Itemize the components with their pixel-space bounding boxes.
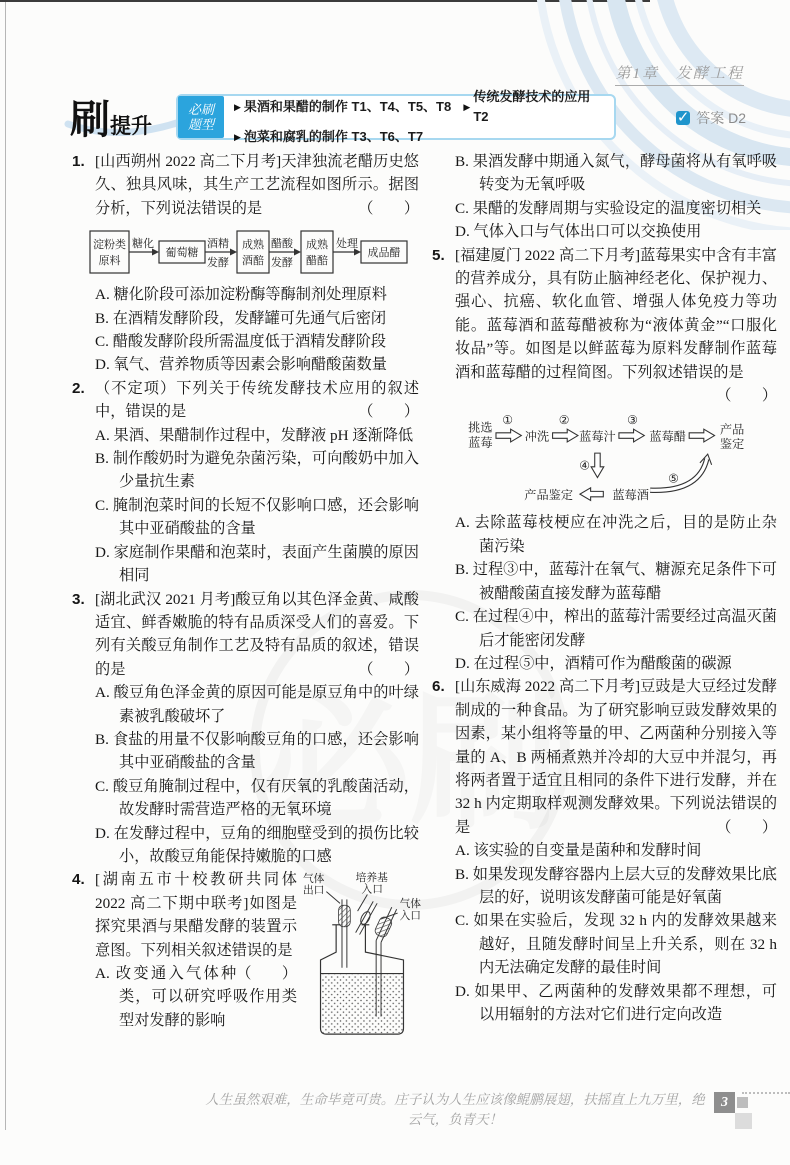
vinegar-process-diagram: 淀粉类 原料 糖化 葡萄糖 酒精 发酵 成熟 酒醅 醋酸 发酵 成熟 醋醅 处理… <box>89 223 419 281</box>
flow-node-label: 葡萄糖 <box>166 245 199 259</box>
svg-text:①: ① <box>502 413 513 427</box>
svg-text:原料: 原料 <box>99 253 121 267</box>
svg-text:③: ③ <box>627 413 638 427</box>
flow-node-label: 挑选 <box>468 420 492 435</box>
option-d: D. 家庭制作果醋和泡菜时，表面产生菌膜的原因相同 <box>95 541 419 588</box>
option-d: D. 如果甲、乙两菌种的发酵效果都不理想，可以用辐射的方法对它们进行定向改造 <box>455 980 777 1027</box>
brand-logo: 刷提升 <box>70 88 175 140</box>
medium-inlet-tube <box>356 902 377 935</box>
question-5: 5. [福建厦门 2022 高二下月考]蓝莓果实中含有丰富的营养成分，具有防止脑… <box>434 244 777 676</box>
answer-bracket: （ ） <box>358 400 419 423</box>
option-b: B. 果酒发酵中期通入氮气，酵母菌将从有氧呼吸转变为无氧呼吸 <box>455 150 777 197</box>
liquid-dots <box>321 975 402 1034</box>
topic-item: ▶果酒和果醋的制作 T1、T4、T5、T8 <box>234 87 463 127</box>
svg-text:挑选: 挑选 <box>468 420 492 435</box>
option-d: D. 气体入口与气体出口可以交换使用 <box>455 220 777 243</box>
topic-item: ▶传统发酵技术的应用 T2 <box>463 87 604 127</box>
cotton-plug <box>339 906 351 927</box>
flow-node-label: 蓝莓酒 <box>612 487 649 502</box>
svg-text:醋醅: 醋醅 <box>306 253 328 267</box>
question-stem: [山西朔州 2022 高二下月考]天津独流老醋历史悠久、独具风味，其生产工艺流程… <box>95 150 419 220</box>
page-number: 3 <box>714 1092 735 1113</box>
question-number: 6. <box>432 675 445 698</box>
svg-text:鉴定: 鉴定 <box>720 437 744 452</box>
svg-text:气体: 气体 <box>303 872 325 885</box>
svg-text:出口: 出口 <box>303 884 324 897</box>
logo-small-text: 提升 <box>110 115 152 138</box>
question-number: 5. <box>432 244 445 267</box>
svg-text:蓝莓酒: 蓝莓酒 <box>612 487 649 502</box>
svg-text:⑤: ⑤ <box>668 472 679 486</box>
flow-node-label: 产品鉴定 <box>524 487 573 502</box>
option-c: C. 醋酸发酵阶段所需温度低于酒精发酵阶段 <box>95 330 419 353</box>
svg-text:酒醅: 酒醅 <box>242 254 264 267</box>
gas-inlet-label: 入口 <box>400 909 421 922</box>
footer-quote: 人生虽然艰难，生命毕竟可贵。庄子认为人生应该像鲲鹏展翅，扶摇直上九万里，绝云气，… <box>200 1088 710 1128</box>
badge-line2: 题型 <box>188 117 214 132</box>
svg-text:入口: 入口 <box>362 883 383 896</box>
stem-text: [福建厦门 2022 高二下月考]蓝莓果实中含有丰富的营养成分，具有防止脑神经老… <box>455 247 777 381</box>
stem-text: [湖南五市十校教研共同体 2022 高二下期中联考]如图是探究果酒与果醋发酵的装… <box>95 871 297 958</box>
flow-node-label: 蓝莓汁 <box>579 429 616 444</box>
right-column: B. 果酒发酵中期通入氮气，酵母菌将从有氧呼吸转变为无氧呼吸 C. 果醋的发酵周… <box>434 150 777 1048</box>
option-a: A. 该实验的自变量是菌种和发酵时间 <box>455 839 777 862</box>
flow-edge-label: 酒精 <box>207 236 229 250</box>
svg-text:发酵: 发酵 <box>271 255 293 269</box>
question-number: 1. <box>72 150 85 173</box>
topic-label: 果酒和果醋的制作 T1、T4、T5、T8 <box>244 97 451 117</box>
gas-outlet-label: 出口 <box>303 884 324 897</box>
badge-line1: 必刷 <box>188 102 214 117</box>
svg-text:成熟: 成熟 <box>242 237 265 251</box>
flow-node-label: 酒醅 <box>242 254 264 267</box>
topic-item: ▶泡菜和腐乳的制作 T3、T6、T7 <box>234 127 604 147</box>
svg-text:淀粉类: 淀粉类 <box>93 237 126 251</box>
cotton-plug <box>374 916 394 939</box>
flow-node-label: 成熟 <box>242 237 265 251</box>
question-3: 3. [湖北武汉 2021 月考]酸豆角以其色泽金黄、咸酸适宜、鲜香嫩脆的特有品… <box>74 588 419 869</box>
svg-text:处理: 处理 <box>336 236 358 250</box>
step-number: ③ <box>627 413 638 427</box>
option-a: A. 糖化阶段可添加淀粉酶等酶制剂处理原料 <box>95 283 419 306</box>
flow-node-label: 鉴定 <box>720 437 744 452</box>
medium-inlet-label: 入口 <box>362 883 383 896</box>
question-stem: [福建厦门 2022 高二下月考]蓝莓果实中含有丰富的营养成分，具有防止脑神经老… <box>455 244 777 384</box>
svg-text:入口: 入口 <box>400 909 421 922</box>
flow-edge-label: 发酵 <box>207 255 229 269</box>
answer-bracket: （ ） <box>716 816 777 839</box>
question-2: 2. （不定项）下列关于传统发酵技术应用的叙述中，错误的是（ ） A. 果酒、果… <box>74 377 419 588</box>
option-b: B. 如果发现发酵容器内上层大豆的发酵效果比底层的好，说明该发酵菌可能是好氧菌 <box>455 863 777 910</box>
flow-node-label: 原料 <box>99 253 121 267</box>
question-4-continued: B. 果酒发酵中期通入氮气，酵母菌将从有氧呼吸转变为无氧呼吸 C. 果醋的发酵周… <box>434 150 777 244</box>
flow-node-label: 淀粉类 <box>93 237 126 251</box>
option-b: B. 制作酸奶时为避免杂菌污染，可向酸奶中加入少量抗生素 <box>95 447 419 494</box>
flow-edge-label: 糖化 <box>132 236 154 250</box>
option-d: D. 在过程⑤中，酒精可作为醋酸菌的碳源 <box>455 652 777 675</box>
answer-bracket: （ ） <box>358 658 419 681</box>
triangle-icon: ▶ <box>463 97 470 117</box>
step-number: ⑤ <box>668 472 679 486</box>
flow-node-label: 蓝莓醋 <box>649 429 686 444</box>
gas-inlet-label: 气体 <box>400 898 422 911</box>
must-practice-badge: 必刷 题型 <box>178 96 224 138</box>
svg-text:蓝莓: 蓝莓 <box>468 435 492 450</box>
answer-label: 答案 D2 <box>696 108 746 128</box>
topics-list: ▶果酒和果醋的制作 T1、T4、T5、T8 ▶传统发酵技术的应用 T2 ▶泡菜和… <box>224 96 614 138</box>
question-6: 6. [山东威海 2022 高二下月考]豆豉是大豆经过发酵制成的一种食品。为了研… <box>434 675 777 1026</box>
option-c: C. 如果在实验后，发现 32 h 内的发酵效果越来越好，且随发酵时间呈上升关系… <box>455 909 777 979</box>
stem-text: [山东威海 2022 高二下月考]豆豉是大豆经过发酵制成的一种食品。为了研究影响… <box>455 678 777 835</box>
medium-inlet-label: 培养基 <box>356 871 388 884</box>
flow-labels: 挑选 蓝莓 ① 冲洗 ② 蓝莓汁 ③ 蓝莓醋 产品 鉴定 ④ 产品鉴定 蓝莓酒 … <box>468 413 744 502</box>
flow-edge-label: 处理 <box>336 236 358 250</box>
question-stem: （不定项）下列关于传统发酵技术应用的叙述中，错误的是（ ） <box>95 377 419 424</box>
fermentation-apparatus-diagram: 气体 出口 培养基 入口 气体 入口 <box>301 868 423 1046</box>
option-b: B. 在酒精发酵阶段，发酵罐可先通气后密闭 <box>95 307 419 330</box>
svg-text:醋酸: 醋酸 <box>271 236 294 250</box>
svg-text:糖化: 糖化 <box>132 236 154 250</box>
svg-text:培养基: 培养基 <box>356 871 388 884</box>
option-c: C. 酸豆角腌制过程中，仅有厌氧的乳酸菌活动，故发酵时需营造严格的无氧环境 <box>95 775 419 822</box>
svg-text:蓝莓醋: 蓝莓醋 <box>649 429 686 444</box>
svg-text:发酵: 发酵 <box>207 255 229 269</box>
svg-text:②: ② <box>559 413 570 427</box>
questions-area: 1. [山西朔州 2022 高二下月考]天津独流老醋历史悠久、独具风味，其生产工… <box>74 150 738 1048</box>
answer-bracket: （ ） <box>358 197 419 220</box>
page-number-dotted-line <box>742 1092 790 1094</box>
answer-bracket: （ ） <box>236 962 297 985</box>
flow-node-label: 醋醅 <box>306 253 328 267</box>
flow-node-label: 成熟 <box>306 237 329 251</box>
question-stem: [湖北武汉 2021 月考]酸豆角以其色泽金黄、咸酸适宜、鲜香嫩脆的特有品质深受… <box>95 588 419 682</box>
answer-reference: ✓ 答案 D2 <box>676 108 746 128</box>
option-d: D. 在发酵过程中，豆角的细胞壁受到的损伤比较小，故酸豆角能保持嫩脆的口感 <box>95 822 419 869</box>
check-icon: ✓ <box>676 111 690 125</box>
question-4: 4. 气体 出口 培养基 <box>74 868 419 1048</box>
logo-big-char: 刷 <box>70 98 110 142</box>
apparatus-leader-lines <box>326 892 397 919</box>
question-stem: [山东威海 2022 高二下月考]豆豉是大豆经过发酵制成的一种食品。为了研究影响… <box>455 675 777 839</box>
svg-text:④: ④ <box>579 459 590 473</box>
flow-node-label: 产品 <box>720 422 744 437</box>
question-number: 3. <box>72 588 85 611</box>
answer-bracket: （ ） <box>716 384 777 407</box>
curved-arrow <box>650 455 711 491</box>
flow-node-label: 成品醋 <box>368 245 401 259</box>
flow-node-label: 冲洗 <box>525 429 549 444</box>
option-c: C. 腌制泡菜时间的长短不仅影响口感，还会影响其中亚硝酸盐的含量 <box>95 494 419 541</box>
page-top-edge <box>0 0 650 2</box>
question-1: 1. [山西朔州 2022 高二下月考]天津独流老醋历史悠久、独具风味，其生产工… <box>74 150 419 377</box>
page-number-decoration <box>735 1113 752 1129</box>
svg-text:产品: 产品 <box>720 422 744 437</box>
option-a: A. 去除蓝莓枝梗应在冲洗之后，目的是防止杂菌污染 <box>455 511 777 558</box>
topic-label: 泡菜和腐乳的制作 T3、T6、T7 <box>244 127 423 147</box>
workbook-page: 第1章 发酵工程 刷提升 必刷 题型 ▶果酒和果醋的制作 T1、T4、T5、T8… <box>0 0 790 1165</box>
option-a: A. 酸豆角色泽金黄的原因可能是原豆角中的叶绿素被乳酸破坏了 <box>95 681 419 728</box>
chapter-title: 第1章 发酵工程 <box>615 62 744 86</box>
flow-edge-label: 醋酸 <box>271 236 294 250</box>
blueberry-process-diagram: 挑选 蓝莓 ① 冲洗 ② 蓝莓汁 ③ 蓝莓醋 产品 鉴定 ④ 产品鉴定 蓝莓酒 … <box>455 407 777 509</box>
apparatus-labels: 气体 出口 培养基 入口 气体 入口 <box>303 871 421 922</box>
page-left-edge <box>5 2 6 1130</box>
svg-text:蓝莓汁: 蓝莓汁 <box>579 429 616 444</box>
svg-text:冲洗: 冲洗 <box>525 429 549 444</box>
svg-text:葡萄糖: 葡萄糖 <box>166 245 199 259</box>
triangle-icon: ▶ <box>234 97 241 117</box>
page-number-decoration <box>737 1097 748 1108</box>
step-number: ② <box>559 413 570 427</box>
flow-edge-label: 发酵 <box>271 255 293 269</box>
svg-text:产品鉴定: 产品鉴定 <box>524 487 573 502</box>
topics-box: 必刷 题型 ▶果酒和果醋的制作 T1、T4、T5、T8 ▶传统发酵技术的应用 T… <box>176 94 616 140</box>
option-b: B. 食盐的用量不仅影响酸豆角的口感，还会影响其中亚硝酸盐的含量 <box>95 728 419 775</box>
flow-node-label: 蓝莓 <box>468 435 492 450</box>
triangle-icon: ▶ <box>234 127 241 147</box>
option-a: A. 果酒、果醋制作过程中，发酵液 pH 逐渐降低 <box>95 424 419 447</box>
question-number: 2. <box>72 377 85 400</box>
gas-outlet-label: 气体 <box>303 872 325 885</box>
svg-text:成熟: 成熟 <box>306 237 329 251</box>
left-column: 1. [山西朔州 2022 高二下月考]天津独流老醋历史悠久、独具风味，其生产工… <box>74 150 419 1048</box>
svg-text:酒精: 酒精 <box>207 236 229 250</box>
option-c: C. 果醋的发酵周期与实验设定的温度密切相关 <box>455 197 777 220</box>
option-d: D. 氧气、营养物质等因素会影响醋酸菌数量 <box>95 353 419 376</box>
topic-label: 传统发酵技术的应用 T2 <box>473 87 604 127</box>
svg-text:成品醋: 成品醋 <box>368 245 401 259</box>
question-number: 4. <box>72 868 85 891</box>
svg-text:气体: 气体 <box>400 898 422 911</box>
step-number: ① <box>502 413 513 427</box>
option-c: C. 在过程④中，榨出的蓝莓汁需要经过高温灭菌后才能密闭发酵 <box>455 605 777 652</box>
option-b: B. 过程③中，蓝莓汁在氧气、糖源充足条件下可被醋酸菌直接发酵为蓝莓醋 <box>455 558 777 605</box>
step-number: ④ <box>579 459 590 473</box>
